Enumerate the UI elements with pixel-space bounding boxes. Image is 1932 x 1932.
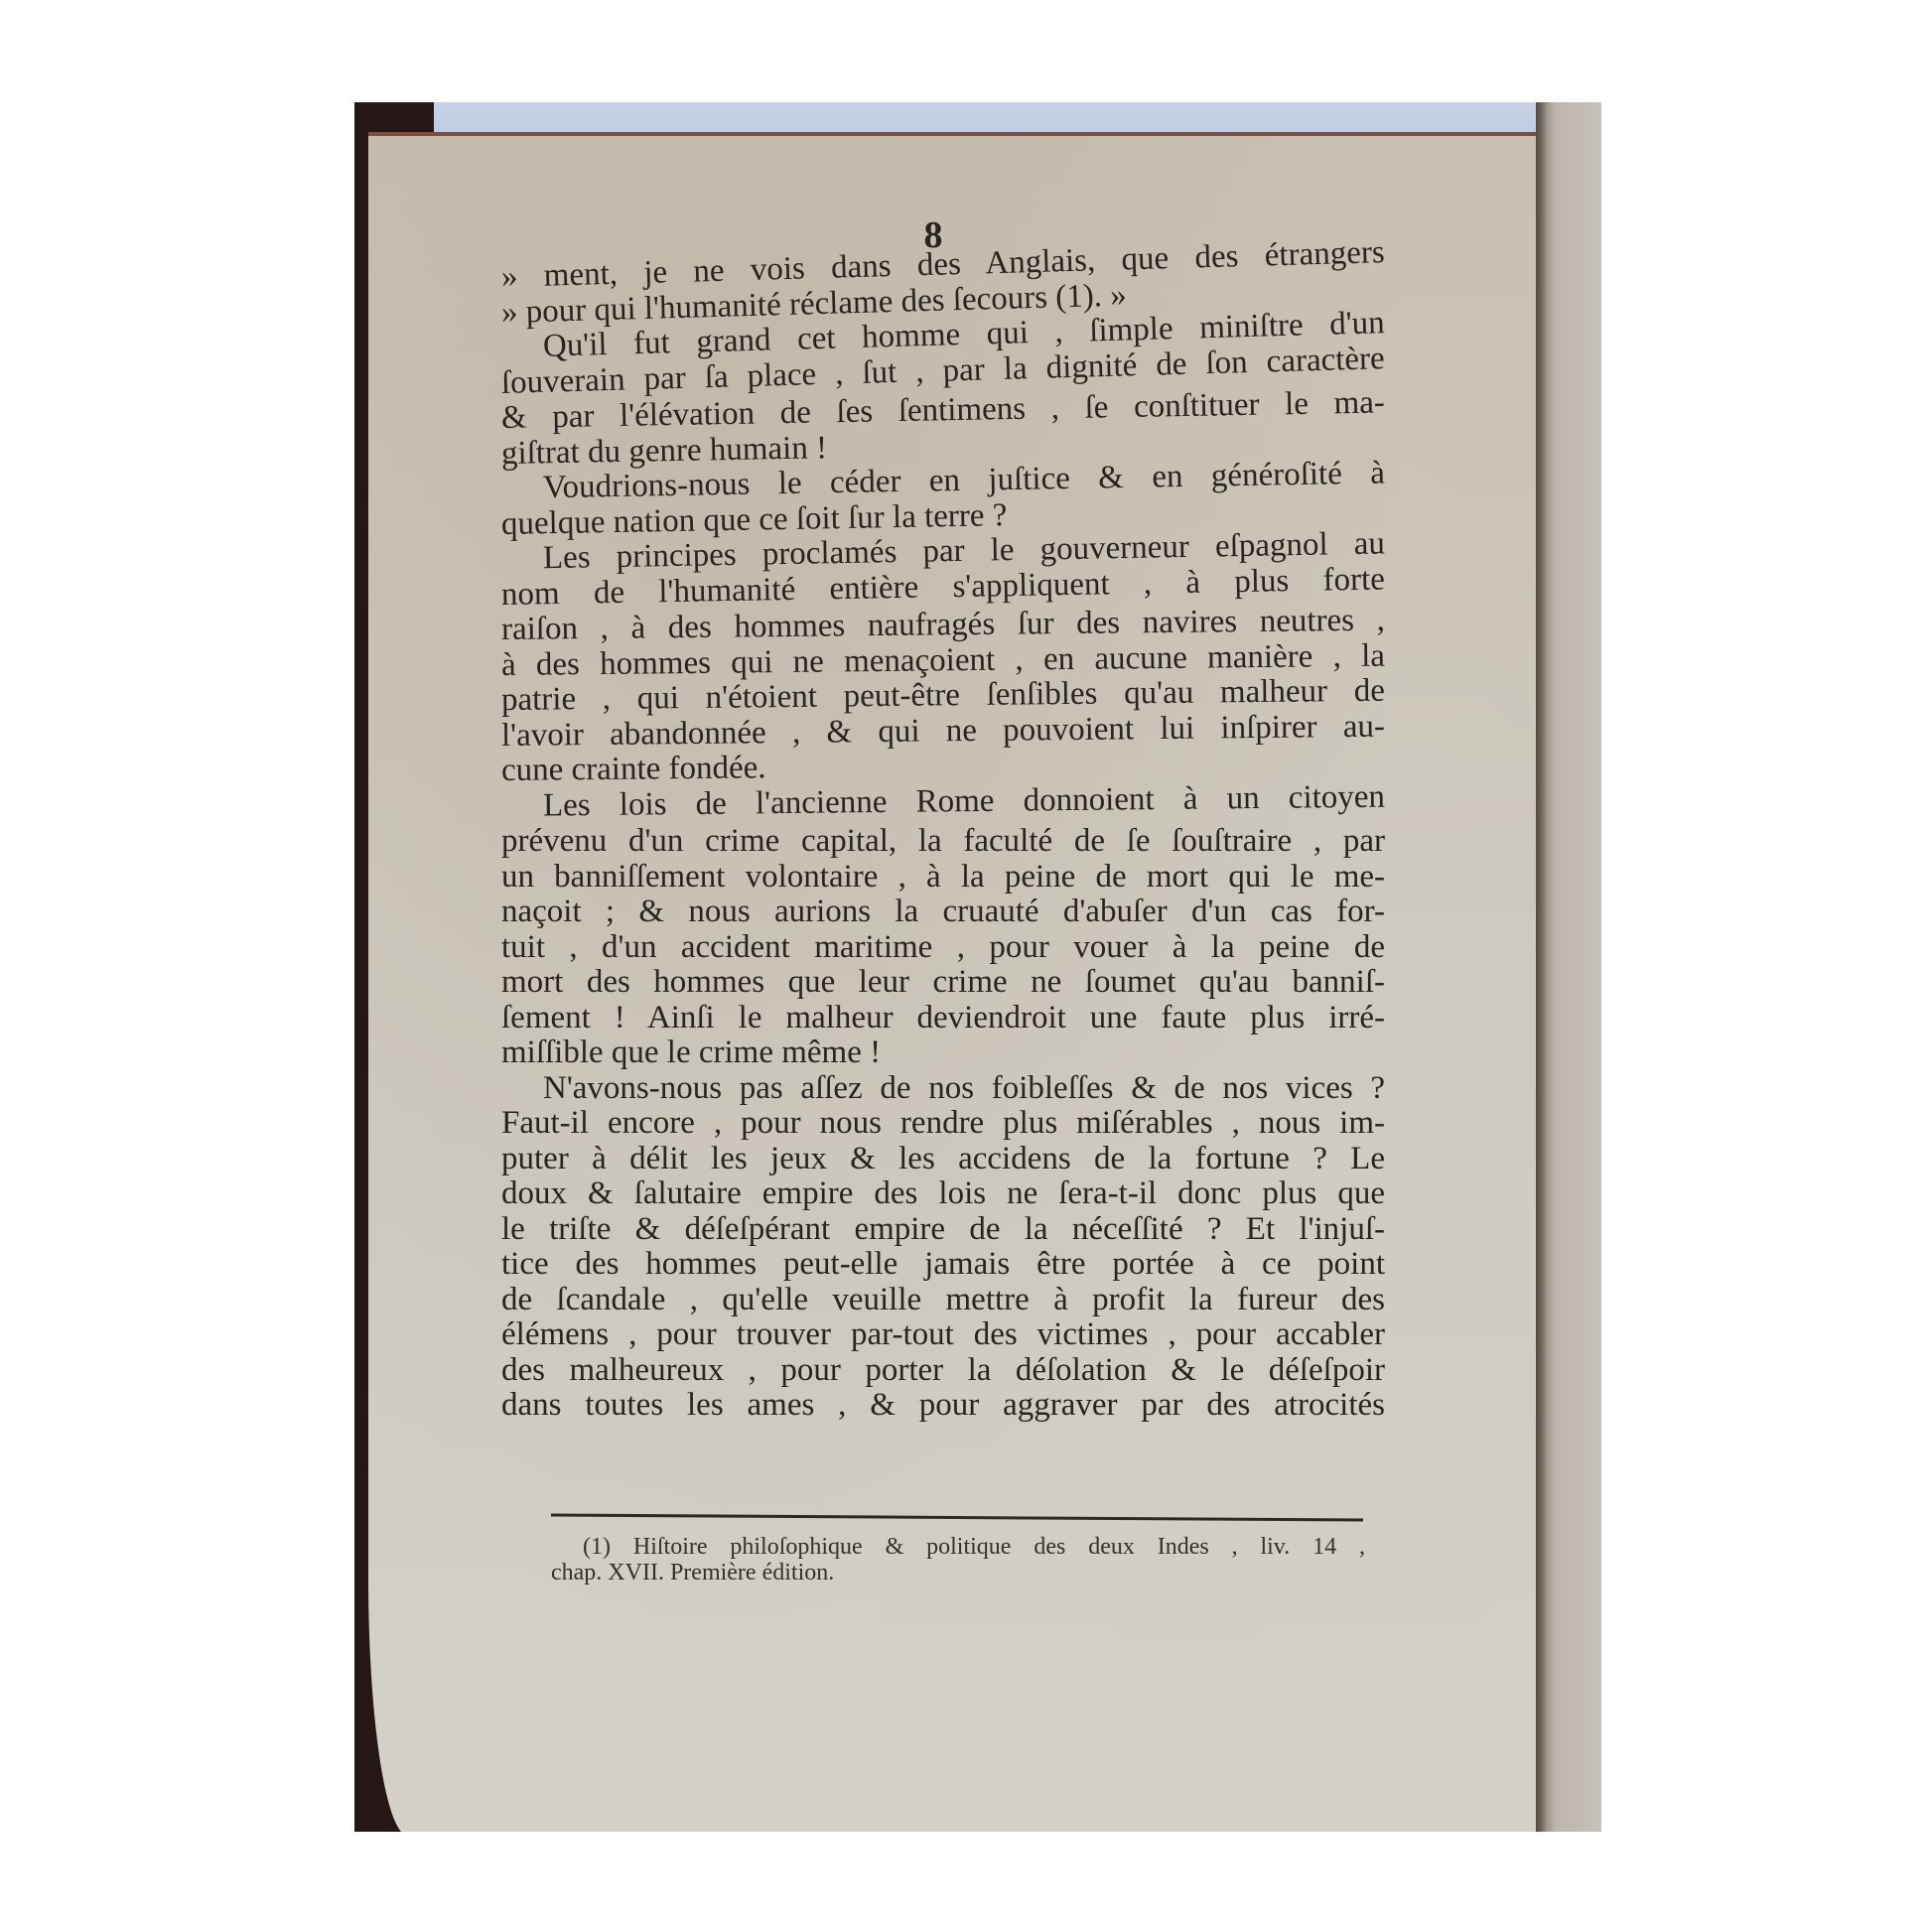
book-gutter xyxy=(1536,102,1546,1832)
footnote-line: (1) Hiſtoire philoſophique & politique d… xyxy=(551,1534,1365,1560)
text-line: N'avons-nous pas aſſez de nos foibleſſes… xyxy=(501,1071,1385,1107)
footnote: (1) Hiſtoire philoſophique & politique d… xyxy=(551,1534,1365,1586)
text-line: Les lois de l'ancienne Rome donnoient à … xyxy=(501,779,1385,824)
text-line: tuit , d'un accident maritime , pour vou… xyxy=(501,930,1385,966)
footnote-line: chap. XVII. Première édition. xyxy=(551,1560,1365,1586)
text-line: le triſte & déſeſpérant empire de la néc… xyxy=(501,1212,1385,1248)
text-line: doux & ſalutaire empire des lois ne ſera… xyxy=(501,1176,1385,1212)
text-line: prévenu d'un crime capital, la faculté d… xyxy=(501,824,1385,860)
text-line: dans toutes les ames , & pour aggraver p… xyxy=(501,1388,1385,1424)
text-line: miſſible que le crime même ! xyxy=(501,1035,1385,1071)
text-line: tice des hommes peut-elle jamais être po… xyxy=(501,1247,1385,1283)
text-line: Faut-il encore , pour nous rendre plus m… xyxy=(501,1106,1385,1142)
text-line: de ſcandale , qu'elle veuille mettre à p… xyxy=(501,1283,1385,1318)
text-line: mort des hommes que leur crime ne ſoumet… xyxy=(501,965,1385,1001)
text-line: puter à délit les jeux & les accidens de… xyxy=(501,1142,1385,1177)
text-line: naçoit ; & nous aurions la cruauté d'abu… xyxy=(501,895,1385,930)
body-text: » ment, je ne vois dans des Anglais, que… xyxy=(501,260,1385,1424)
text-line: ſement ! Ainſi le malheur deviendroit un… xyxy=(501,1001,1385,1036)
text-line: des malheureux , pour porter la déſolati… xyxy=(501,1353,1385,1389)
text-line: un banniſſement volontaire , à la peine … xyxy=(501,860,1385,896)
text-line: élémens , pour trouver par-tout des vict… xyxy=(501,1317,1385,1353)
